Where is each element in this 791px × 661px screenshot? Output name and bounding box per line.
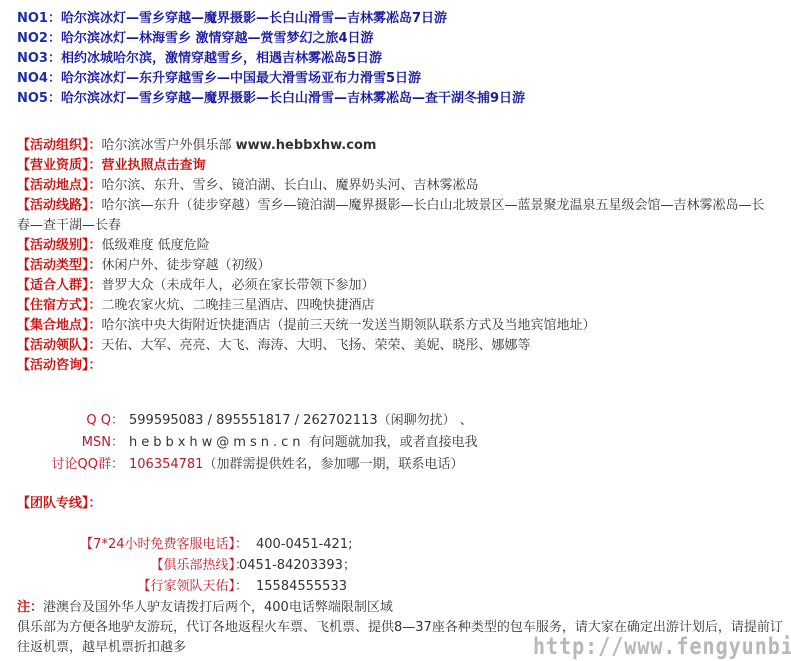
route-number: NO1： bbox=[17, 11, 61, 26]
hotline-leader: 【行家领队天佑】：15584555533 bbox=[0, 576, 520, 597]
route-link[interactable]: 哈尔滨冰灯—雪乡穿越—魔界摄影—长白山滑雪—吉林雾凇岛7日游 bbox=[61, 11, 447, 26]
hotline-club: 【俱乐部热线】：0451-84203393； bbox=[0, 555, 520, 576]
team-hotline-heading: 【团队专线】： bbox=[17, 492, 102, 511]
route-link[interactable]: 相约冰城哈尔滨，激情穿越雪乡，相遇吉林雾凇岛5日游 bbox=[61, 51, 382, 66]
info-value: 二晚农家火炕、二晚挂三星酒店、四晚快捷酒店 bbox=[102, 298, 375, 313]
contact-qq: Q Q：599595083 / 895551817 / 262702113（闲聊… bbox=[0, 410, 500, 432]
contact-label: Q Q： bbox=[86, 410, 124, 432]
note-text: 港澳台及国外华人驴友请拨打后两个，400电话弊端限制区域 bbox=[43, 600, 393, 615]
contact-group: 讨论QQ群：106354781（加群需提供姓名，参加哪一期，联系电话） bbox=[0, 454, 500, 476]
info-label: 【集合地点】： bbox=[17, 318, 102, 333]
note-label: 注： bbox=[17, 600, 43, 615]
route-number: NO4： bbox=[17, 71, 61, 86]
info-level: 【活动级别】：低级难度 低度危险 bbox=[17, 236, 777, 256]
hotline-number: 400-0451-421; bbox=[256, 534, 352, 555]
info-label: 【活动地点】： bbox=[17, 178, 102, 193]
info-lodging: 【住宿方式】：二晚农家火炕、二晚挂三星酒店、四晚快捷酒店 bbox=[17, 296, 777, 316]
info-label: 【活动领队】： bbox=[17, 338, 102, 353]
info-audience: 【适合人群】：普罗大众（未成年人，必须在家长带领下参加） bbox=[17, 276, 777, 296]
msn-address[interactable]: hebbxhw@msn.cn bbox=[129, 435, 305, 450]
route-link[interactable]: 哈尔滨冰灯—林海雪乡 激情穿越—赏雪梦幻之旅4日游 bbox=[61, 31, 374, 46]
route-link[interactable]: 哈尔滨冰灯—雪乡穿越—魔界摄影—长白山滑雪—吉林雾凇岛—查干湖冬捕9日游 bbox=[61, 91, 525, 106]
info-consult: 【活动咨询】： bbox=[17, 356, 777, 376]
info-label: 【活动咨询】： bbox=[17, 358, 102, 373]
license-link[interactable]: 营业执照点击查询 bbox=[102, 158, 206, 173]
info-label: 【活动级别】： bbox=[17, 238, 102, 253]
watermark: http://www.fengyunbike.com bbox=[533, 632, 791, 660]
info-value: 哈尔滨冰雪户外俱乐部 bbox=[102, 138, 236, 153]
info-value: 普罗大众（未成年人，必须在家长带领下参加） bbox=[102, 278, 375, 293]
hotline-label: 【7*24小时免费客服电话】： bbox=[80, 534, 248, 555]
route-link[interactable]: 哈尔滨冰灯—东升穿越雪乡—中国最大滑雪场亚布力滑雪5日游 bbox=[61, 71, 421, 86]
note-line-1: 注：港澳台及国外华人驴友请拨打后两个，400电话弊端限制区域 bbox=[17, 598, 787, 618]
route-number: NO3： bbox=[17, 51, 61, 66]
info-label: 【活动组织】： bbox=[17, 138, 102, 153]
route-item-4[interactable]: NO4：哈尔滨冰灯—东升穿越雪乡—中国最大滑雪场亚布力滑雪5日游 bbox=[17, 69, 525, 89]
route-item-5[interactable]: NO5：哈尔滨冰灯—雪乡穿越—魔界摄影—长白山滑雪—吉林雾凇岛—查干湖冬捕9日游 bbox=[17, 89, 525, 109]
info-value: 哈尔滨、东升、雪乡、镜泊湖、长白山、魔界奶头河、吉林雾凇岛 bbox=[102, 178, 479, 193]
info-leaders: 【活动领队】：天佑、大军、亮亮、大飞、海涛、大明、飞扬、荣荣、美妮、晓彤、娜娜等 bbox=[17, 336, 777, 356]
qq-numbers: 599595083 / 895551817 / 262702113（闲聊勿扰） … bbox=[129, 410, 473, 432]
info-label: 【适合人群】： bbox=[17, 278, 102, 293]
info-license: 【营业资质】：营业执照点击查询 bbox=[17, 156, 777, 176]
info-type: 【活动类型】：休闲户外、徒步穿越（初级） bbox=[17, 256, 777, 276]
contact-msn: MSN：hebbxhw@msn.cn 有问题就加我，或者直接电我 bbox=[0, 432, 500, 454]
contact-label: 讨论QQ群： bbox=[52, 454, 124, 476]
info-label: 【住宿方式】： bbox=[17, 298, 102, 313]
info-location: 【活动地点】：哈尔滨、东升、雪乡、镜泊湖、长白山、魔界奶头河、吉林雾凇岛 bbox=[17, 176, 777, 196]
info-value: 哈尔滨—东升（徒步穿越）雪乡—镜泊湖—魔界摄影—长白山北坡景区—蓝景聚龙温泉五星… bbox=[17, 198, 765, 233]
info-value: 休闲户外、徒步穿越（初级） bbox=[102, 258, 271, 273]
info-label: 【营业资质】： bbox=[17, 158, 102, 173]
msn-note: 有问题就加我，或者直接电我 bbox=[305, 435, 478, 450]
info-route: 【活动线路】：哈尔滨—东升（徒步穿越）雪乡—镜泊湖—魔界摄影—长白山北坡景区—蓝… bbox=[17, 196, 777, 236]
route-item-3[interactable]: NO3：相约冰城哈尔滨，激情穿越雪乡，相遇吉林雾凇岛5日游 bbox=[17, 49, 525, 69]
info-value: 哈尔滨中央大街附近快捷酒店（提前三天统一发送当期领队联系方式及当地宾馆地址） bbox=[102, 318, 596, 333]
info-label: 【活动类型】： bbox=[17, 258, 102, 273]
group-note: （加群需提供姓名，参加哪一期，联系电话） bbox=[203, 457, 463, 472]
activity-info: 【活动组织】：哈尔滨冰雪户外俱乐部 www.hebbxhw.com 【营业资质】… bbox=[17, 136, 777, 376]
hotline-24h: 【7*24小时免费客服电话】：400-0451-421; bbox=[0, 534, 520, 555]
route-item-1[interactable]: NO1：哈尔滨冰灯—雪乡穿越—魔界摄影—长白山滑雪—吉林雾凇岛7日游 bbox=[17, 9, 525, 29]
route-number: NO5： bbox=[17, 91, 61, 106]
hotline-label: 【行家领队天佑】： bbox=[137, 576, 248, 597]
info-value: 低级难度 低度危险 bbox=[102, 238, 210, 253]
info-value: 天佑、大军、亮亮、大飞、海涛、大明、飞扬、荣荣、美妮、晓彤、娜娜等 bbox=[102, 338, 531, 353]
website-link[interactable]: www.hebbxhw.com bbox=[236, 138, 377, 153]
contact-label: MSN： bbox=[82, 432, 124, 454]
hotline-label: 【俱乐部热线】： bbox=[150, 555, 248, 576]
route-item-2[interactable]: NO2：哈尔滨冰灯—林海雪乡 激情穿越—赏雪梦幻之旅4日游 bbox=[17, 29, 525, 49]
info-meeting: 【集合地点】：哈尔滨中央大街附近快捷酒店（提前三天统一发送当期领队联系方式及当地… bbox=[17, 316, 777, 336]
route-list: NO1：哈尔滨冰灯—雪乡穿越—魔界摄影—长白山滑雪—吉林雾凇岛7日游 NO2：哈… bbox=[17, 9, 525, 109]
hotline-number: 0451-84203393； bbox=[239, 555, 356, 576]
route-number: NO2： bbox=[17, 31, 61, 46]
hotline-number: 15584555533 bbox=[256, 576, 347, 597]
info-label: 【活动线路】： bbox=[17, 198, 102, 213]
info-organizer: 【活动组织】：哈尔滨冰雪户外俱乐部 www.hebbxhw.com bbox=[17, 136, 777, 156]
qq-group-number: 106354781 bbox=[129, 457, 203, 472]
contact-block: Q Q：599595083 / 895551817 / 262702113（闲聊… bbox=[0, 410, 500, 476]
hotline-list: 【7*24小时免费客服电话】：400-0451-421; 【俱乐部热线】：045… bbox=[0, 534, 520, 597]
